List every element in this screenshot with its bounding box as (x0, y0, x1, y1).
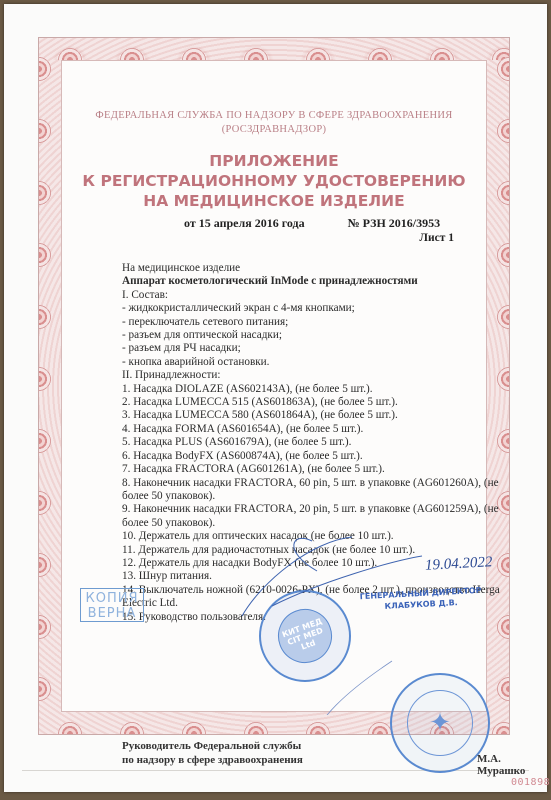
signatory-title: Руководитель Федеральной службы по надзо… (122, 739, 303, 767)
serial-number: 0018981 (511, 777, 551, 788)
signatory-title-line-2: по надзору в сфере здравоохранения (122, 753, 303, 767)
copy-certified-stamp: КОПИЯ ВЕРНА (80, 588, 144, 622)
border-ornament-top (39, 38, 509, 60)
registration-number: № РЗН 2016/3953 (348, 216, 441, 230)
accessory-item: 3. Насадка LUMECCA 580 (AS601864A), (не … (122, 409, 522, 422)
border-ornament-left (39, 38, 61, 734)
document-title: ПРИЛОЖЕНИЕ К РЕГИСТРАЦИОННОМУ УДОСТОВЕРЕ… (62, 151, 486, 211)
accessory-item: 7. Насадка FRACTORA (AG601261A), (не бол… (122, 463, 522, 476)
content-area: ФЕДЕРАЛЬНАЯ СЛУЖБА ПО НАДЗОРУ В СФЕРЕ ЗД… (61, 60, 487, 712)
composition-item: - жидкокристаллический экран с 4-мя кноп… (122, 302, 522, 315)
signatory-name: М.А. Мурашко (477, 753, 525, 777)
composition-item: - кнопка аварийной остановки. (122, 356, 522, 369)
signatory-title-line-1: Руководитель Федеральной службы (122, 739, 303, 753)
accessory-item: 4. Насадка FORMA (AS601654A), (не более … (122, 423, 522, 436)
company-seal-center: КИТ МЕД CIT MED Ltd (270, 601, 339, 670)
composition-item: - разъем для РЧ насадки; (122, 342, 522, 355)
agency-name: ФЕДЕРАЛЬНАЯ СЛУЖБА ПО НАДЗОРУ В СФЕРЕ ЗД… (62, 109, 486, 123)
copy-stamp-line-2: ВЕРНА (81, 606, 143, 621)
ornamental-border: ФЕДЕРАЛЬНАЯ СЛУЖБА ПО НАДЗОРУ В СФЕРЕ ЗД… (38, 37, 510, 735)
accessory-item: 10. Держатель для оптических насадок (не… (122, 530, 522, 543)
composition-list: - жидкокристаллический экран с 4-мя кноп… (122, 302, 522, 369)
sheet-number: Лист 1 (419, 232, 454, 244)
registration-date: от 15 апреля 2016 года (184, 216, 305, 230)
registration-info: от 15 апреля 2016 года № РЗН 2016/3953 (184, 216, 440, 231)
accessory-item: 6. Насадка BodyFX (AS600874A), (не более… (122, 450, 522, 463)
coat-of-arms-icon: ✦ (407, 690, 473, 756)
agency-header: ФЕДЕРАЛЬНАЯ СЛУЖБА ПО НАДЗОРУ В СФЕРЕ ЗД… (62, 109, 486, 137)
accessory-item: 8. Наконечник насадки FRACTORA, 60 pin, … (122, 477, 522, 504)
title-line-2: К РЕГИСТРАЦИОННОМУ УДОСТОВЕРЕНИЮ (62, 171, 486, 191)
accessory-item: 2. Насадка LUMECCA 515 (AS601863A), (не … (122, 396, 522, 409)
handwritten-date: 19.04.2022 (425, 554, 493, 575)
accessory-item: 5. Насадка PLUS (AS601679A), (не более 5… (122, 436, 522, 449)
title-line-1: ПРИЛОЖЕНИЕ (62, 151, 486, 171)
device-name: Аппарат косметологический InMode с прина… (122, 275, 522, 288)
accessory-item: 9. Наконечник насадки FRACTORA, 20 pin, … (122, 503, 522, 530)
agency-seal: ✦ (390, 673, 490, 773)
accessory-item: 1. Насадка DIOLAZE (AS602143A), (не боле… (122, 383, 522, 396)
title-line-3: НА МЕДИЦИНСКОЕ ИЗДЕЛИЕ (62, 191, 486, 211)
accessories-heading: II. Принадлежности: (122, 369, 522, 382)
composition-item: - переключатель сетевого питания; (122, 316, 522, 329)
composition-item: - разъем для оптической насадки; (122, 329, 522, 342)
copy-stamp-line-1: КОПИЯ (81, 591, 143, 606)
intro-text: На медицинское изделие (122, 262, 522, 275)
agency-abbreviation: (РОСЗДРАВНАДЗОР) (62, 123, 486, 137)
composition-heading: I. Состав: (122, 289, 522, 302)
company-seal: КИТ МЕД CIT MED Ltd (259, 590, 351, 682)
